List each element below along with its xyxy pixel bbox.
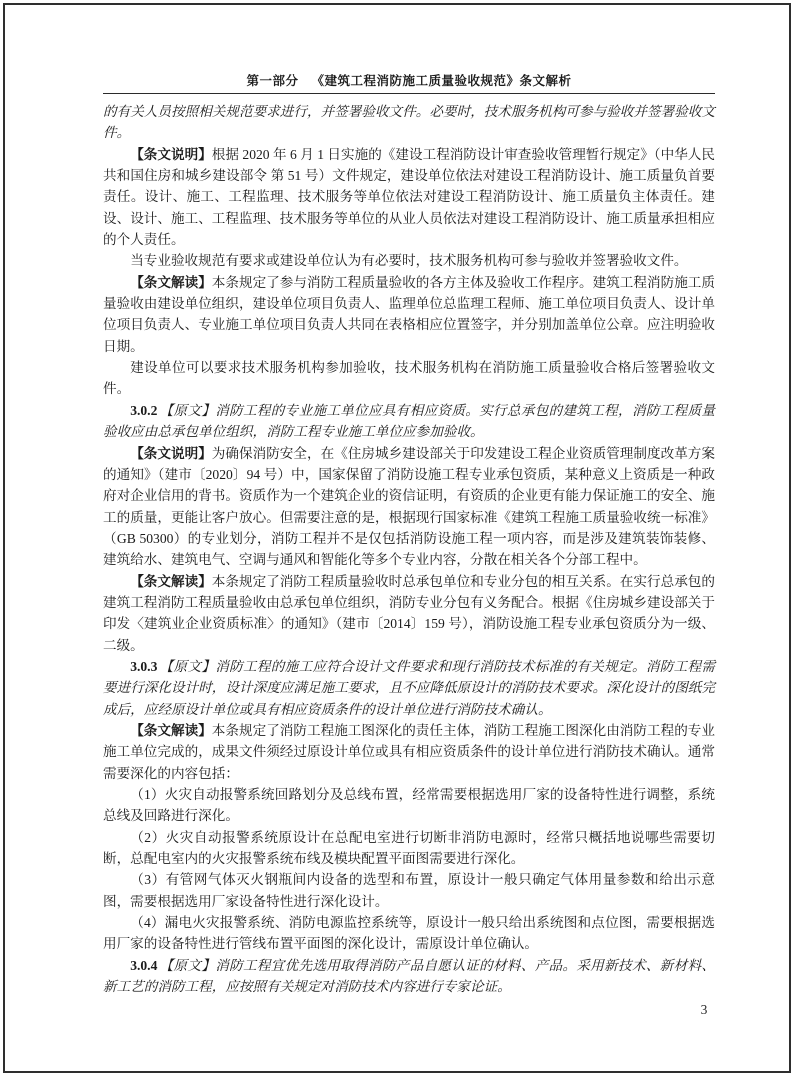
- header-book-title: 《建筑工程消防施工质量验收规范》条文解析: [312, 74, 572, 88]
- clause-paragraph: 3.0.3【原文】消防工程的施工应符合设计文件要求和现行消防技术标准的有关规定。…: [103, 656, 715, 720]
- clause-label: 【原文】: [159, 659, 215, 674]
- clause-label: 【条文说明】: [130, 147, 212, 162]
- header-rule: [103, 93, 715, 94]
- paragraph: 【条文解读】本条规定了消防工程质量验收时总承包单位和专业分包的相互关系。在实行总…: [103, 571, 715, 656]
- paragraph: （3）有管网气体灭火钢瓶间内设备的选型和布置，原设计一般只确定气体用量参数和给出…: [103, 869, 715, 912]
- paragraph: 【条文解读】本条规定了参与消防工程质量验收的各方主体及验收工作程序。建筑工程消防…: [103, 272, 715, 357]
- clause-number: 3.0.2: [130, 403, 157, 418]
- clause-number: 3.0.3: [130, 659, 157, 674]
- clause-label: 【原文】: [159, 958, 215, 973]
- paragraph-text: 的有关人员按照相关规范要求进行，并签署验收文件。必要时，技术服务机构可参与验收并…: [103, 104, 715, 140]
- paragraph-text: （3）有管网气体灭火钢瓶间内设备的选型和布置，原设计一般只确定气体用量参数和给出…: [103, 872, 715, 908]
- clause-number: 3.0.4: [130, 958, 157, 973]
- paragraph: （4）漏电火灾报警系统、消防电源监控系统等，原设计一般只给出系统图和点位图，需要…: [103, 912, 715, 955]
- paragraph: 【条文说明】根据 2020 年 6 月 1 日实施的《建设工程消防设计审查验收管…: [103, 144, 715, 251]
- header-part-label: 第一部分: [246, 74, 298, 88]
- clause-paragraph: 3.0.4【原文】消防工程宜优先选用取得消防产品自愿认证的材料、产品。采用新技术…: [103, 955, 715, 998]
- paragraph-text: 建设单位可以要求技术服务机构参加验收，技术服务机构在消防施工质量验收合格后签署验…: [103, 360, 715, 396]
- paragraph: 【条文说明】为确保消防安全，在《住房城乡建设部关于印发建设工程企业资质管理制度改…: [103, 443, 715, 571]
- clause-label: 【条文说明】: [130, 446, 212, 461]
- clause-label: 【条文解读】: [130, 275, 212, 290]
- paragraph: 建设单位可以要求技术服务机构参加验收，技术服务机构在消防施工质量验收合格后签署验…: [103, 357, 715, 400]
- paragraph-text: 为确保消防安全，在《住房城乡建设部关于印发建设工程企业资质管理制度改革方案的通知…: [103, 446, 715, 568]
- clause-paragraph: 3.0.2【原文】消防工程的专业施工单位应具有相应资质。实行总承包的建筑工程，消…: [103, 400, 715, 443]
- clause-label: 【条文解读】: [130, 574, 212, 589]
- paragraph-text: （1）火灾自动报警系统回路划分及总线布置，经常需要根据选用厂家的设备特性进行调整…: [103, 787, 715, 823]
- paragraph: 当专业验收规范有要求或建设单位认为有必要时，技术服务机构可参与验收并签署验收文件…: [103, 250, 715, 271]
- clause-label: 【条文解读】: [130, 723, 212, 738]
- paragraph-text: 当专业验收规范有要求或建设单位认为有必要时，技术服务机构可参与验收并签署验收文件…: [130, 253, 687, 268]
- paragraph: 【条文解读】本条规定了消防工程施工图深化的责任主体，消防工程施工图深化由消防工程…: [103, 720, 715, 784]
- paragraph: 的有关人员按照相关规范要求进行，并签署验收文件。必要时，技术服务机构可参与验收并…: [103, 101, 715, 144]
- paragraph: （1）火灾自动报警系统回路划分及总线布置，经常需要根据选用厂家的设备特性进行调整…: [103, 784, 715, 827]
- body-text: 的有关人员按照相关规范要求进行，并签署验收文件。必要时，技术服务机构可参与验收并…: [103, 101, 715, 997]
- page-number: 3: [690, 1002, 718, 1018]
- paragraph: （2）火灾自动报警系统原设计在总配电室进行切断非消防电源时，经常只概括地说哪些需…: [103, 827, 715, 870]
- paragraph-text: （2）火灾自动报警系统原设计在总配电室进行切断非消防电源时，经常只概括地说哪些需…: [103, 830, 715, 866]
- paragraph-text: （4）漏电火灾报警系统、消防电源监控系统等，原设计一般只给出系统图和点位图，需要…: [103, 915, 715, 951]
- running-header: 第一部分《建筑工程消防施工质量验收规范》条文解析: [103, 71, 715, 89]
- clause-label: 【原文】: [159, 403, 215, 418]
